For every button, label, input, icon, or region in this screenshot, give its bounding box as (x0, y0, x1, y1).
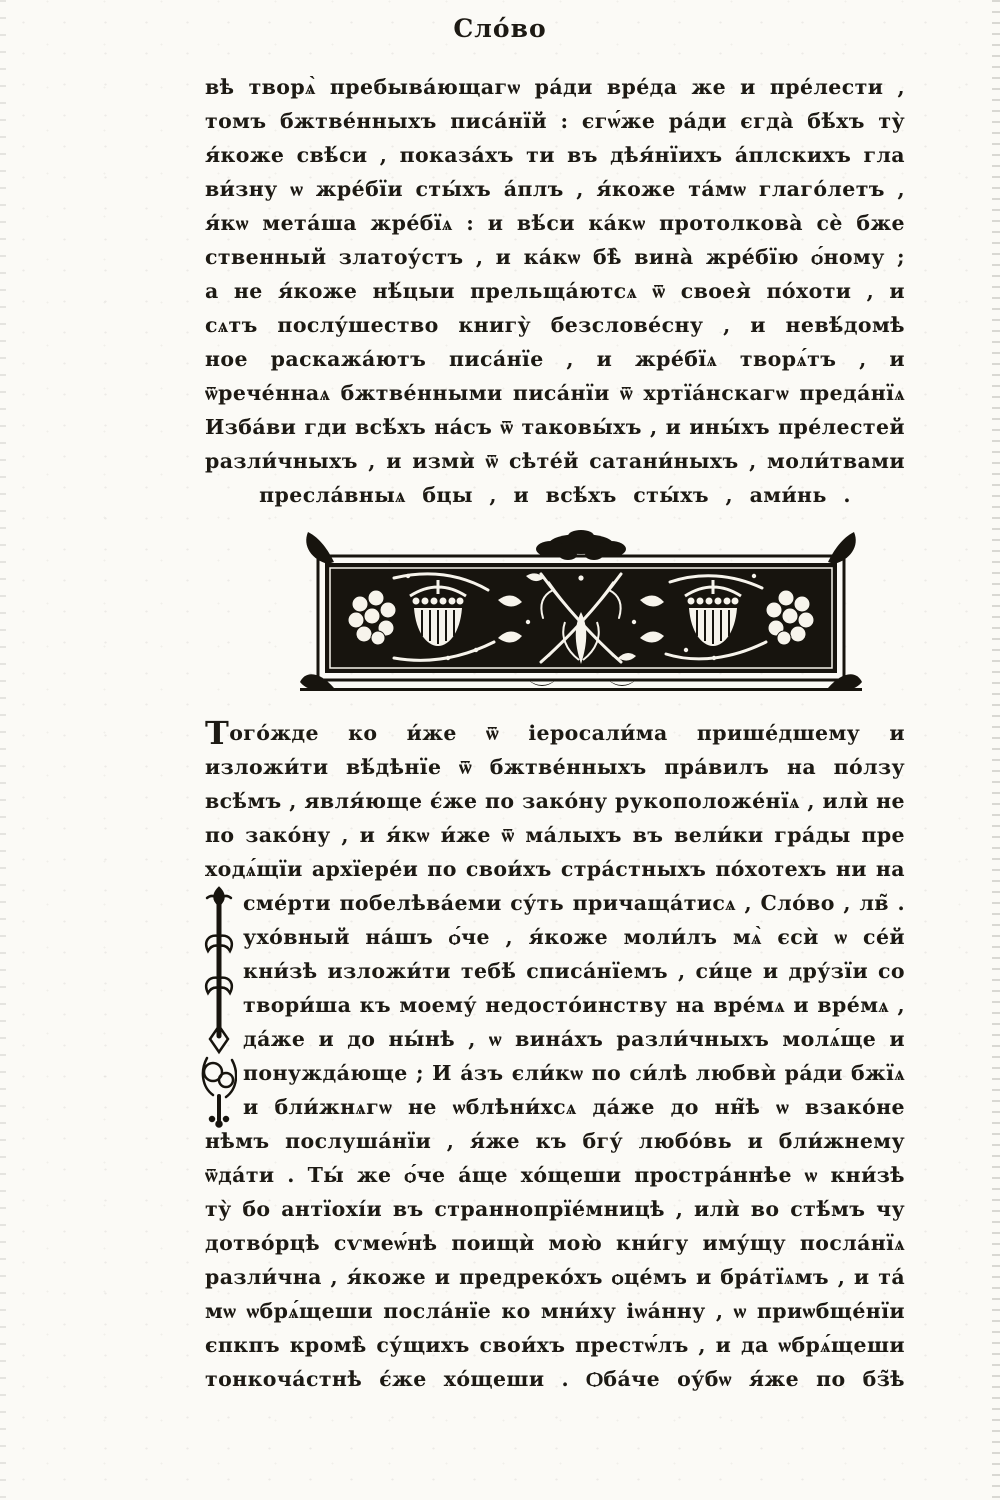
initial-paragraph: Д (205, 886, 905, 1124)
text-line: разли́чныхъ , и измѝ ѿ сѣте́й сатани́ных… (205, 444, 905, 478)
text-line: а не я́коже нѣ́цыи прельща́ютсѧ ѿ своея̀… (205, 274, 905, 308)
text-line: ту̀ бо антїохі́и въ страннопрїе́мницѣ , … (205, 1192, 905, 1226)
text-line: ви́зну ѡ жре́бїи сты́хъ а́плъ , я́коже т… (205, 172, 905, 206)
text-line: ого́жде ко и́же ѿ іеросали́ма прише́дшем… (205, 721, 905, 750)
text-line: ходѧ́щїи архїере́и по свои́хъ стра́стных… (205, 852, 905, 886)
text-line: ное раскажа́ютъ писа́нїе , и жре́бїѧ тво… (205, 342, 905, 376)
text-line: я́коже свѣ́си , показа́хъ ти въ дѣя́нїих… (205, 138, 905, 172)
text-line: Изба́ви гди всѣ́хъ на́съ ѿ таковы́хъ , и… (205, 410, 905, 444)
text-line: сѧтъ послу́шество книгу̀ безслове́сну , … (205, 308, 905, 342)
text-line: тонкоча́стнѣ є́же хо́щеши . Ѻба́че оу́бѡ… (205, 1362, 905, 1396)
text-line: нѣмъ послуша́нїи , я́же къ бгу́ любо́вь … (205, 1124, 905, 1158)
text-line-first: Того́жде ко и́же ѿ іеросали́ма прише́дше… (205, 716, 905, 750)
text-line: по зако́ну , и я́кѡ и́же ѿ ма́лыхъ въ ве… (205, 818, 905, 852)
running-title: Сло́во (0, 14, 1000, 54)
text-line: кни́зѣ изложи́ти тебѣ́ списа́нїемъ , си́… (243, 954, 905, 988)
text-line-closing: пресла́вныѧ бцы , и всѣ́хъ сты́хъ , ами́… (205, 478, 905, 512)
text-line: мѡ ѡбрѧ́щеши посла́нїе ко мни́ху іѡа́нну… (205, 1294, 905, 1328)
text-line: изложи́ти вѣ́дѣнїе ѿ бжтве́нныхъ пра́вил… (205, 750, 905, 784)
text-line: и бли́жнѧгѡ не ѡблѣни́хсѧ да́же до нн̃ѣ … (243, 1090, 905, 1124)
text-line: да́же и до ны́нѣ , ѡ вина́хъ разли́чныхъ… (243, 1022, 905, 1056)
text-line: ухо́вный на́шъ ѻ́че , я́коже моли́лъ мѧ̀… (243, 920, 905, 954)
ornate-initial-D (201, 884, 237, 1128)
text-line: ѿда́ти . Ты́ же ѻ́че а́ще хо́щеши простр… (205, 1158, 905, 1192)
text-line: разли́чна , я́коже и предреко́хъ ѻце́мъ … (205, 1260, 905, 1294)
enlarged-capital-T: Т (205, 716, 229, 750)
paragraph-block-1: вѣ творѧ̀ пребыва́ющагѡ ра́ди вре́да же … (205, 70, 905, 512)
text-line: ѿрече́ннаѧ бжтве́нными писа́нїи ѿ хртїа́… (205, 376, 905, 410)
book-page: Сло́во вѣ творѧ̀ пребыва́ющагѡ ра́ди вре… (0, 0, 1000, 1500)
text-line: всѣ́мъ , явля́юще є́же по зако́ну рукопо… (205, 784, 905, 818)
text-line: я́кѡ мета́ша жре́бїѧ : и вѣ́си ка́кѡ про… (205, 206, 905, 240)
paragraph-block-2: Того́жде ко и́же ѿ іеросали́ма прише́дше… (205, 716, 905, 1396)
headpiece-engraving (298, 530, 864, 702)
headpiece-ornament (298, 530, 864, 702)
text-line: понужда́юще ; И а́зъ єли́кѡ по си́лѣ люб… (243, 1056, 905, 1090)
scan-noise-left (0, 0, 6, 1500)
text-line: вѣ творѧ̀ пребыва́ющагѡ ра́ди вре́да же … (205, 70, 905, 104)
text-line: сме́рти побелѣва́еми су́ть причаща́тисѧ … (243, 886, 905, 920)
text-line: томъ бжтве́нныхъ писа́нїй : єгѡ́же ра́ди… (205, 104, 905, 138)
text-line: ственный златоу́стъ , и ка́кѡ бѣ̀ вина̀ … (205, 240, 905, 274)
text-line: твори́ша къ моему́ недосто́инству на вре… (243, 988, 905, 1022)
text-line: дотво́рцѣ сѵмеѡ́нѣ поищѝ мою̀ кни́гу иму… (205, 1226, 905, 1260)
text-line: єпкпъ кромѣ̀ су́щихъ свои́хъ престѡ́лъ ,… (205, 1328, 905, 1362)
scan-noise-right (992, 0, 1000, 1500)
